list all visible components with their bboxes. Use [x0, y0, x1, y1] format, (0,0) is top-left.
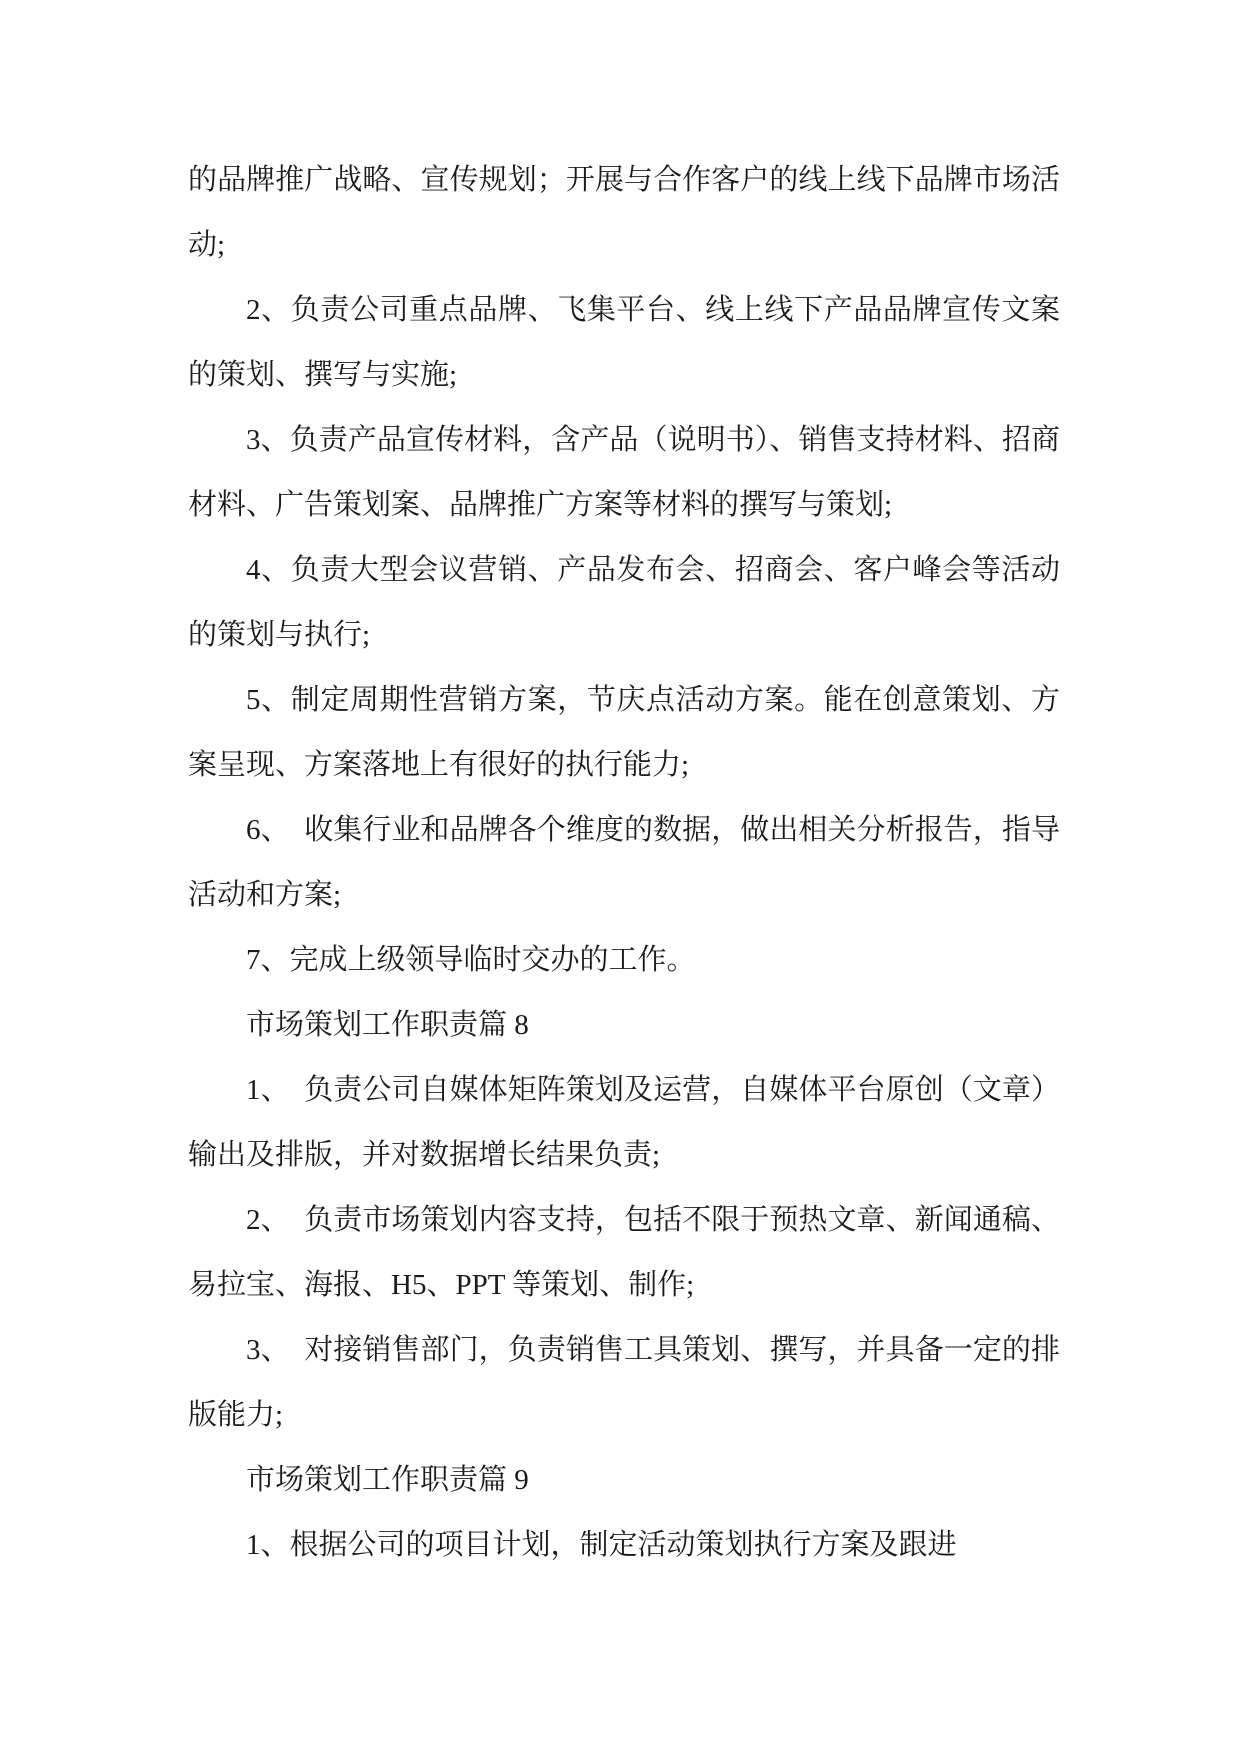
paragraph: 5、制定周期性营销方案，节庆点活动方案。能在创意策划、方案呈现、方案落地上有很好…	[188, 668, 1060, 798]
section-heading: 市场策划工作职责篇 8	[188, 993, 1060, 1058]
paragraph: 2、 负责市场策划内容支持，包括不限于预热文章、新闻通稿、易拉宝、海报、H5、P…	[188, 1188, 1060, 1318]
paragraph: 的品牌推广战略、宣传规划；开展与合作客户的线上线下品牌市场活动;	[188, 148, 1060, 278]
page-content: 的品牌推广战略、宣传规划；开展与合作客户的线上线下品牌市场活动;2、负责公司重点…	[188, 148, 1060, 1578]
document-page: 的品牌推广战略、宣传规划；开展与合作客户的线上线下品牌市场活动;2、负责公司重点…	[0, 0, 1240, 1753]
section-heading: 市场策划工作职责篇 9	[188, 1448, 1060, 1513]
paragraph: 2、负责公司重点品牌、飞集平台、线上线下产品品牌宣传文案的策划、撰写与实施;	[188, 278, 1060, 408]
paragraph: 4、负责大型会议营销、产品发布会、招商会、客户峰会等活动的策划与执行;	[188, 538, 1060, 668]
paragraph: 3、 对接销售部门，负责销售工具策划、撰写，并具备一定的排版能力;	[188, 1318, 1060, 1448]
paragraph: 6、 收集行业和品牌各个维度的数据，做出相关分析报告，指导活动和方案;	[188, 798, 1060, 928]
paragraph: 3、负责产品宣传材料，含产品（说明书）、销售支持材料、招商材料、广告策划案、品牌…	[188, 408, 1060, 538]
paragraph: 1、 负责公司自媒体矩阵策划及运营，自媒体平台原创（文章）输出及排版，并对数据增…	[188, 1058, 1060, 1188]
paragraph: 1、根据公司的项目计划，制定活动策划执行方案及跟进	[188, 1513, 1060, 1578]
paragraph: 7、完成上级领导临时交办的工作。	[188, 928, 1060, 993]
